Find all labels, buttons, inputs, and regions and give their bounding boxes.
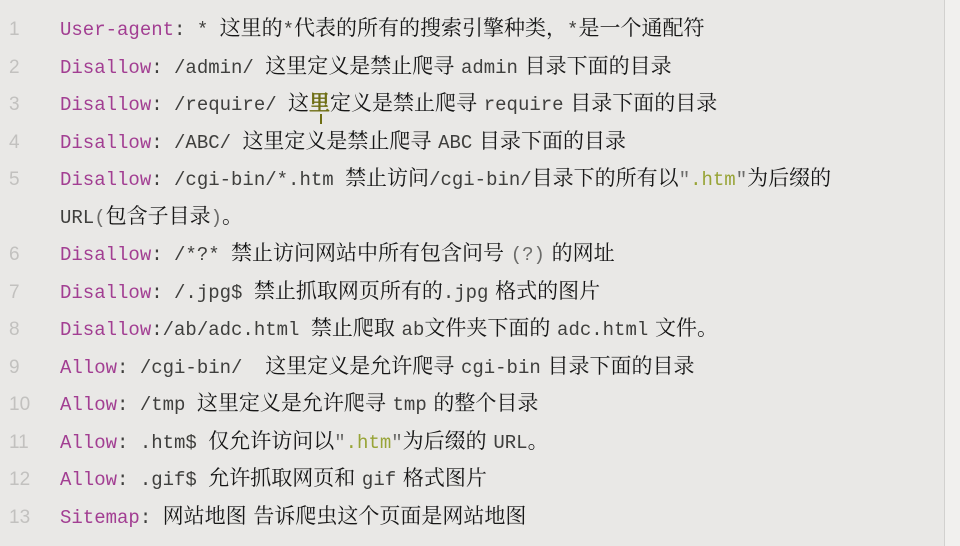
- code-segment: admin: [461, 57, 518, 79]
- code-segment: URL: [60, 207, 94, 229]
- code-segment: 包含子目录: [106, 204, 211, 228]
- code-editor[interactable]: 1User-agent: * 这里的*代表的所有的搜索引擎种类，*是一个通配符2…: [0, 0, 960, 546]
- line-number: 8: [0, 311, 60, 349]
- line-content: Allow: /tmp 这里定义是允许爬寻 tmp 的整个目录: [60, 385, 960, 426]
- code-segment: Allow: [60, 432, 117, 454]
- code-segment: gif: [362, 469, 396, 491]
- code-line[interactable]: 2Disallow: /admin/ 这里定义是禁止爬寻 admin 目录下面的…: [0, 48, 960, 86]
- code-segment: URL: [493, 432, 527, 454]
- code-segment: 。: [222, 204, 243, 228]
- code-segment: (?): [511, 244, 545, 266]
- line-number: 13: [0, 499, 60, 537]
- code-segment: 这里定义是允许爬寻: [265, 354, 461, 378]
- code-segment: : .htm$: [117, 432, 208, 454]
- line-number: 1: [0, 11, 60, 49]
- code-segment: Disallow: [60, 169, 151, 191]
- code-segment: 文件夹下面的: [424, 316, 557, 340]
- line-content: Sitemap: 网站地图 告诉爬虫这个页面是网站地图: [60, 498, 960, 539]
- code-segment: 禁止访问: [345, 166, 429, 190]
- code-segment: : /cgi-bin/: [117, 357, 265, 379]
- line-content: Disallow: /.jpg$ 禁止抓取网页所有的.jpg 格式的图片: [60, 273, 960, 314]
- code-segment: :: [140, 507, 163, 529]
- line-number: 9: [0, 349, 60, 387]
- code-segment: 的网址: [545, 241, 615, 265]
- line-content: Allow: .gif$ 允许抓取网页和 gif 格式图片: [60, 460, 960, 501]
- code-line[interactable]: 11Allow: .htm$ 仅允许访问以".htm"为后缀的 URL。: [0, 423, 960, 461]
- code-segment: 格式图片: [396, 466, 487, 490]
- line-number: 11: [0, 424, 60, 462]
- code-segment: tmp: [393, 394, 427, 416]
- code-segment: require: [484, 94, 564, 116]
- code-segment: 网站地图 告诉爬虫这个页面是网站地图: [163, 504, 527, 528]
- code-segment: 目录下面的目录: [541, 354, 695, 378]
- line-content: Allow: /cgi-bin/ 这里定义是允许爬寻 cgi-bin 目录下面的…: [60, 348, 960, 389]
- code-segment: : /require/: [151, 94, 288, 116]
- code-segment: : /ABC/: [151, 132, 242, 154]
- code-segment: : /.jpg$: [151, 282, 254, 304]
- code-segment: 允许抓取网页和: [208, 466, 362, 490]
- line-content: Disallow: /ABC/ 这里定义是禁止爬寻 ABC 目录下面的目录: [60, 123, 960, 164]
- code-segment: 。: [528, 429, 549, 453]
- code-segment: Disallow: [60, 57, 151, 79]
- code-segment: Allow: [60, 357, 117, 379]
- code-segment: 这里的: [220, 16, 283, 40]
- code-area: 1User-agent: * 这里的*代表的所有的搜索引擎种类，*是一个通配符2…: [0, 10, 960, 535]
- line-number: 5: [0, 161, 60, 199]
- code-segment: 禁止爬取: [311, 316, 402, 340]
- code-segment: : .gif$: [117, 469, 208, 491]
- code-line[interactable]: 10Allow: /tmp 这里定义是允许爬寻 tmp 的整个目录: [0, 385, 960, 423]
- code-line[interactable]: 4Disallow: /ABC/ 这里定义是禁止爬寻 ABC 目录下面的目录: [0, 123, 960, 161]
- code-segment: ": [334, 432, 345, 454]
- code-segment: Disallow: [60, 94, 151, 116]
- code-line[interactable]: 12Allow: .gif$ 允许抓取网页和 gif 格式图片: [0, 460, 960, 498]
- code-segment: *: [567, 19, 578, 41]
- code-line[interactable]: 5Disallow: /cgi-bin/*.htm 禁止访问/cgi-bin/目…: [0, 160, 960, 198]
- code-segment: 格式的图片: [488, 279, 600, 303]
- code-segment: cgi-bin: [461, 357, 541, 379]
- code-segment: ": [391, 432, 402, 454]
- code-segment: Allow: [60, 469, 117, 491]
- code-segment: Disallow: [60, 282, 151, 304]
- code-segment: 定义是禁止爬寻: [330, 91, 484, 115]
- code-segment: ": [679, 169, 690, 191]
- code-segment: /cgi-bin/: [429, 169, 532, 191]
- code-line[interactable]: 9Allow: /cgi-bin/ 这里定义是允许爬寻 cgi-bin 目录下面…: [0, 348, 960, 386]
- text-cursor: 里: [309, 91, 330, 115]
- line-content: Disallow: /*?* 禁止访问网站中所有包含问号 (?) 的网址: [60, 235, 960, 276]
- line-content: Disallow: /require/ 这里定义是禁止爬寻 require 目录…: [60, 85, 960, 126]
- line-content: URL(包含子目录)。: [60, 198, 960, 239]
- line-number: 6: [0, 236, 60, 274]
- code-segment: 这里定义是禁止爬寻: [242, 129, 438, 153]
- code-line[interactable]: 13Sitemap: 网站地图 告诉爬虫这个页面是网站地图: [0, 498, 960, 536]
- line-content: Disallow: /admin/ 这里定义是禁止爬寻 admin 目录下面的目…: [60, 48, 960, 89]
- code-segment: 目录下的所有以: [532, 166, 679, 190]
- code-segment: 禁止抓取网页所有的: [254, 279, 443, 303]
- code-segment: : /cgi-bin/*.htm: [151, 169, 345, 191]
- code-segment: (: [94, 207, 105, 229]
- code-line[interactable]: 6Disallow: /*?* 禁止访问网站中所有包含问号 (?) 的网址: [0, 235, 960, 273]
- code-segment: : /tmp: [117, 394, 197, 416]
- code-segment: 为后缀的: [403, 429, 494, 453]
- code-segment: *: [283, 19, 294, 41]
- code-line[interactable]: URL(包含子目录)。: [0, 198, 960, 236]
- code-segment: ab: [402, 319, 425, 341]
- line-number: 3: [0, 86, 60, 124]
- code-line[interactable]: 7Disallow: /.jpg$ 禁止抓取网页所有的.jpg 格式的图片: [0, 273, 960, 311]
- code-segment: .jpg: [443, 282, 489, 304]
- code-segment: 目录下面的目录: [472, 129, 626, 153]
- code-segment: 这里定义是允许爬寻: [197, 391, 393, 415]
- line-content: Allow: .htm$ 仅允许访问以".htm"为后缀的 URL。: [60, 423, 960, 464]
- code-segment: adc.html: [557, 319, 648, 341]
- code-segment: 代表的所有的搜索引擎种类，: [294, 16, 567, 40]
- code-line[interactable]: 1User-agent: * 这里的*代表的所有的搜索引擎种类，*是一个通配符: [0, 10, 960, 48]
- code-segment: 文件。: [648, 316, 718, 340]
- line-number: 10: [0, 386, 60, 424]
- code-segment: ): [211, 207, 222, 229]
- line-number: 12: [0, 461, 60, 499]
- code-line[interactable]: 8Disallow:/ab/adc.html 禁止爬取 ab文件夹下面的 adc…: [0, 310, 960, 348]
- code-segment: 目录下面的目录: [518, 54, 672, 78]
- code-segment: Sitemap: [60, 507, 140, 529]
- code-segment: : *: [174, 19, 220, 41]
- code-segment: .htm: [346, 432, 392, 454]
- code-segment: ABC: [438, 132, 472, 154]
- code-segment: Disallow: [60, 244, 151, 266]
- code-segment: 是一个通配符: [578, 16, 704, 40]
- code-segment: :/ab/adc.html: [151, 319, 311, 341]
- code-segment: 的整个目录: [427, 391, 539, 415]
- code-segment: 禁止访问网站中所有包含问号: [231, 241, 511, 265]
- code-segment: : /*?*: [151, 244, 231, 266]
- code-segment: 这里定义是禁止爬寻: [265, 54, 461, 78]
- scrollbar-track[interactable]: [944, 0, 960, 546]
- code-segment: ": [736, 169, 747, 191]
- line-number: 7: [0, 274, 60, 312]
- code-segment: 仅允许访问以: [208, 429, 334, 453]
- code-segment: 目录下面的目录: [564, 91, 718, 115]
- code-segment: User-agent: [60, 19, 174, 41]
- code-line[interactable]: 3Disallow: /require/ 这里定义是禁止爬寻 require 目…: [0, 85, 960, 123]
- line-number: 2: [0, 49, 60, 87]
- line-number: 4: [0, 124, 60, 162]
- code-segment: Disallow: [60, 319, 151, 341]
- line-content: Disallow: /cgi-bin/*.htm 禁止访问/cgi-bin/目录…: [60, 160, 960, 201]
- code-segment: Allow: [60, 394, 117, 416]
- code-segment: 为后缀的: [747, 166, 831, 190]
- line-content: User-agent: * 这里的*代表的所有的搜索引擎种类，*是一个通配符: [60, 10, 960, 51]
- line-content: Disallow:/ab/adc.html 禁止爬取 ab文件夹下面的 adc.…: [60, 310, 960, 351]
- code-segment: : /admin/: [151, 57, 265, 79]
- code-segment: .htm: [690, 169, 736, 191]
- code-segment: Disallow: [60, 132, 151, 154]
- code-segment: 这: [288, 91, 309, 115]
